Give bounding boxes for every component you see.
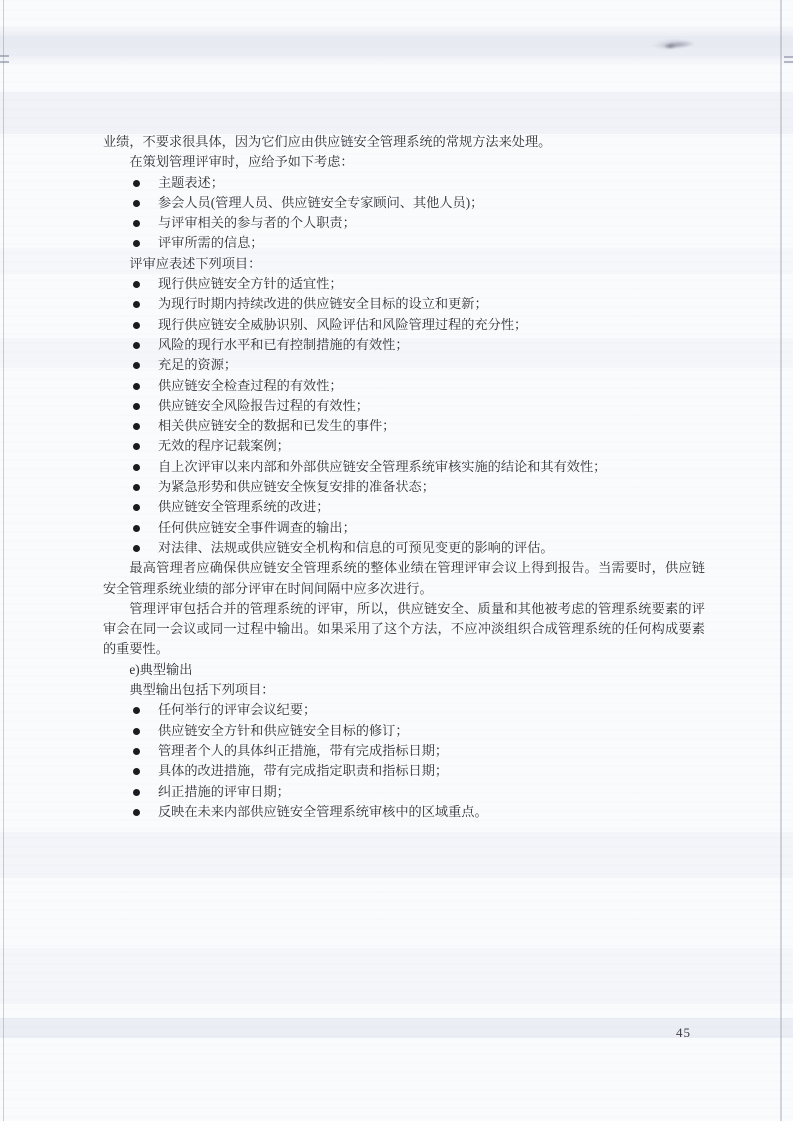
bullet-icon [133, 403, 140, 410]
list-item-text: 纠正措施的评审日期； [158, 782, 705, 802]
scan-tick-mark [0, 61, 9, 63]
bullet-icon [133, 768, 140, 775]
list-item-text: 供应链安全风险报告过程的有效性； [158, 396, 705, 416]
list-item: 参会人员(管理人员、供应链安全专家顾问、其他人员)； [103, 193, 705, 213]
list-item: 管理者个人的具体纠正措施，带有完成指标日期； [103, 741, 705, 761]
list-item-text: 对法律、法规或供应链安全机构和信息的可预见变更的影响的评估。 [158, 538, 705, 558]
typical-output-list: 任何举行的评审会议纪要；供应链安全方针和供应链安全目标的修订；管理者个人的具体纠… [103, 700, 705, 822]
scan-tick-mark [784, 56, 793, 58]
bullet-icon [133, 789, 140, 796]
paragraph-output-intro: 典型输出包括下列项目： [103, 680, 705, 700]
bullet-icon [133, 180, 140, 187]
scan-band [0, 832, 793, 878]
scan-band [0, 1018, 793, 1038]
bullet-icon [133, 545, 140, 552]
bullet-icon [133, 281, 140, 288]
scan-edge-line-right [780, 0, 782, 1121]
scan-band [0, 948, 793, 1004]
list-item-text: 任何供应链安全事件调查的输出； [158, 518, 705, 538]
bullet-icon [133, 301, 140, 308]
bullet-icon [133, 443, 140, 450]
list-item-text: 现行供应链安全方针的适宜性； [158, 274, 705, 294]
list-item: 纠正措施的评审日期； [103, 782, 705, 802]
bullet-icon [133, 220, 140, 227]
paragraph-review-intro: 评审应表述下列项目： [103, 254, 705, 274]
list-item: 任何举行的评审会议纪要； [103, 700, 705, 720]
list-item: 现行供应链安全威胁识别、风险评估和风险管理过程的充分性； [103, 315, 705, 335]
bullet-icon [133, 322, 140, 329]
list-item: 为现行时期内持续改进的供应链安全目标的设立和更新； [103, 294, 705, 314]
bullet-icon [133, 809, 140, 816]
list-item: 反映在未来内部供应链安全管理系统审核中的区域重点。 [103, 802, 705, 822]
list-item-text: 供应链安全方针和供应链安全目标的修订； [158, 721, 705, 741]
list-item: 供应链安全检查过程的有效性； [103, 376, 705, 396]
bullet-icon [133, 525, 140, 532]
list-item-text: 无效的程序记载案例； [158, 436, 705, 456]
list-item: 主题表述； [103, 173, 705, 193]
list-item-text: 相关供应链安全的数据和已发生的事件； [158, 416, 705, 436]
list-item: 与评审相关的参与者的个人职责； [103, 213, 705, 233]
list-item-text: 为紧急形势和供应链安全恢复安排的准备状态； [158, 477, 705, 497]
list-item: 供应链安全方针和供应链安全目标的修订； [103, 721, 705, 741]
pencil-smudge-artifact [645, 34, 704, 56]
list-item-text: 自上次评审以来内部和外部供应链安全管理系统审核实施的结论和其有效性； [158, 457, 705, 477]
document-body: 业绩，不要求很具体，因为它们应由供应链安全管理系统的常规方法来处理。 在策划管理… [103, 132, 705, 822]
list-item-text: 主题表述； [158, 173, 705, 193]
bullet-icon [133, 748, 140, 755]
list-item: 任何供应链安全事件调查的输出； [103, 518, 705, 538]
list-item-text: 具体的改进措施，带有完成指定职责和指标日期； [158, 761, 705, 781]
list-item-text: 为现行时期内持续改进的供应链安全目标的设立和更新； [158, 294, 705, 314]
scanned-document-page: 业绩，不要求很具体，因为它们应由供应链安全管理系统的常规方法来处理。 在策划管理… [0, 0, 793, 1121]
list-item-text: 任何举行的评审会议纪要； [158, 700, 705, 720]
list-item-text: 评审所需的信息； [158, 233, 705, 253]
bullet-icon [133, 464, 140, 471]
list-item-text: 现行供应链安全威胁识别、风险评估和风险管理过程的充分性； [158, 315, 705, 335]
bullet-icon [133, 484, 140, 491]
list-item: 风险的现行水平和已有控制措施的有效性； [103, 335, 705, 355]
list-item: 自上次评审以来内部和外部供应链安全管理系统审核实施的结论和其有效性； [103, 457, 705, 477]
scan-tick-mark [0, 55, 9, 57]
bullet-icon [133, 240, 140, 247]
paragraph-continuation: 业绩，不要求很具体，因为它们应由供应链安全管理系统的常规方法来处理。 [103, 132, 705, 152]
list-item: 对法律、法规或供应链安全机构和信息的可预见变更的影响的评估。 [103, 538, 705, 558]
list-item-text: 与评审相关的参与者的个人职责； [158, 213, 705, 233]
scan-tick-mark [784, 61, 793, 63]
list-item-text: 参会人员(管理人员、供应链安全专家顾问、其他人员)； [158, 193, 705, 213]
bullet-icon [133, 362, 140, 369]
page-number: 45 [676, 1025, 691, 1041]
review-items-list: 现行供应链安全方针的适宜性；为现行时期内持续改进的供应链安全目标的设立和更新；现… [103, 274, 705, 558]
bullet-icon [133, 200, 140, 207]
list-item-text: 充足的资源； [158, 355, 705, 375]
list-item: 为紧急形势和供应链安全恢复安排的准备状态； [103, 477, 705, 497]
bullet-icon [133, 423, 140, 430]
list-item: 具体的改进措施，带有完成指定职责和指标日期； [103, 761, 705, 781]
list-item-text: 风险的现行水平和已有控制措施的有效性； [158, 335, 705, 355]
bullet-icon [133, 728, 140, 735]
list-item: 相关供应链安全的数据和已发生的事件； [103, 416, 705, 436]
list-item: 无效的程序记载案例； [103, 436, 705, 456]
list-item-text: 反映在未来内部供应链安全管理系统审核中的区域重点。 [158, 802, 705, 822]
list-item: 现行供应链安全方针的适宜性； [103, 274, 705, 294]
paragraph-planning-intro: 在策划管理评审时，应给予如下考虑： [103, 152, 705, 172]
list-item-text: 管理者个人的具体纠正措施，带有完成指标日期； [158, 741, 705, 761]
heading-typical-output: e)典型输出 [103, 660, 705, 680]
bullet-icon [133, 504, 140, 511]
list-item: 充足的资源； [103, 355, 705, 375]
scan-band [0, 92, 793, 134]
bullet-icon [133, 707, 140, 714]
planning-considerations-list: 主题表述；参会人员(管理人员、供应链安全专家顾问、其他人员)；与评审相关的参与者… [103, 173, 705, 254]
paragraph-combined-review: 管理评审包括合并的管理系统的评审，所以，供应链安全、质量和其他被考虑的管理系统要… [103, 599, 705, 660]
bullet-icon [133, 342, 140, 349]
bullet-icon [133, 383, 140, 390]
paragraph-top-management: 最高管理者应确保供应链安全管理系统的整体业绩在管理评审会议上得到报告。当需要时，… [103, 558, 705, 599]
scan-edge-line-left [3, 0, 4, 1121]
list-item: 评审所需的信息； [103, 233, 705, 253]
list-item-text: 供应链安全管理系统的改进； [158, 497, 705, 517]
list-item: 供应链安全管理系统的改进； [103, 497, 705, 517]
list-item-text: 供应链安全检查过程的有效性； [158, 376, 705, 396]
list-item: 供应链安全风险报告过程的有效性； [103, 396, 705, 416]
